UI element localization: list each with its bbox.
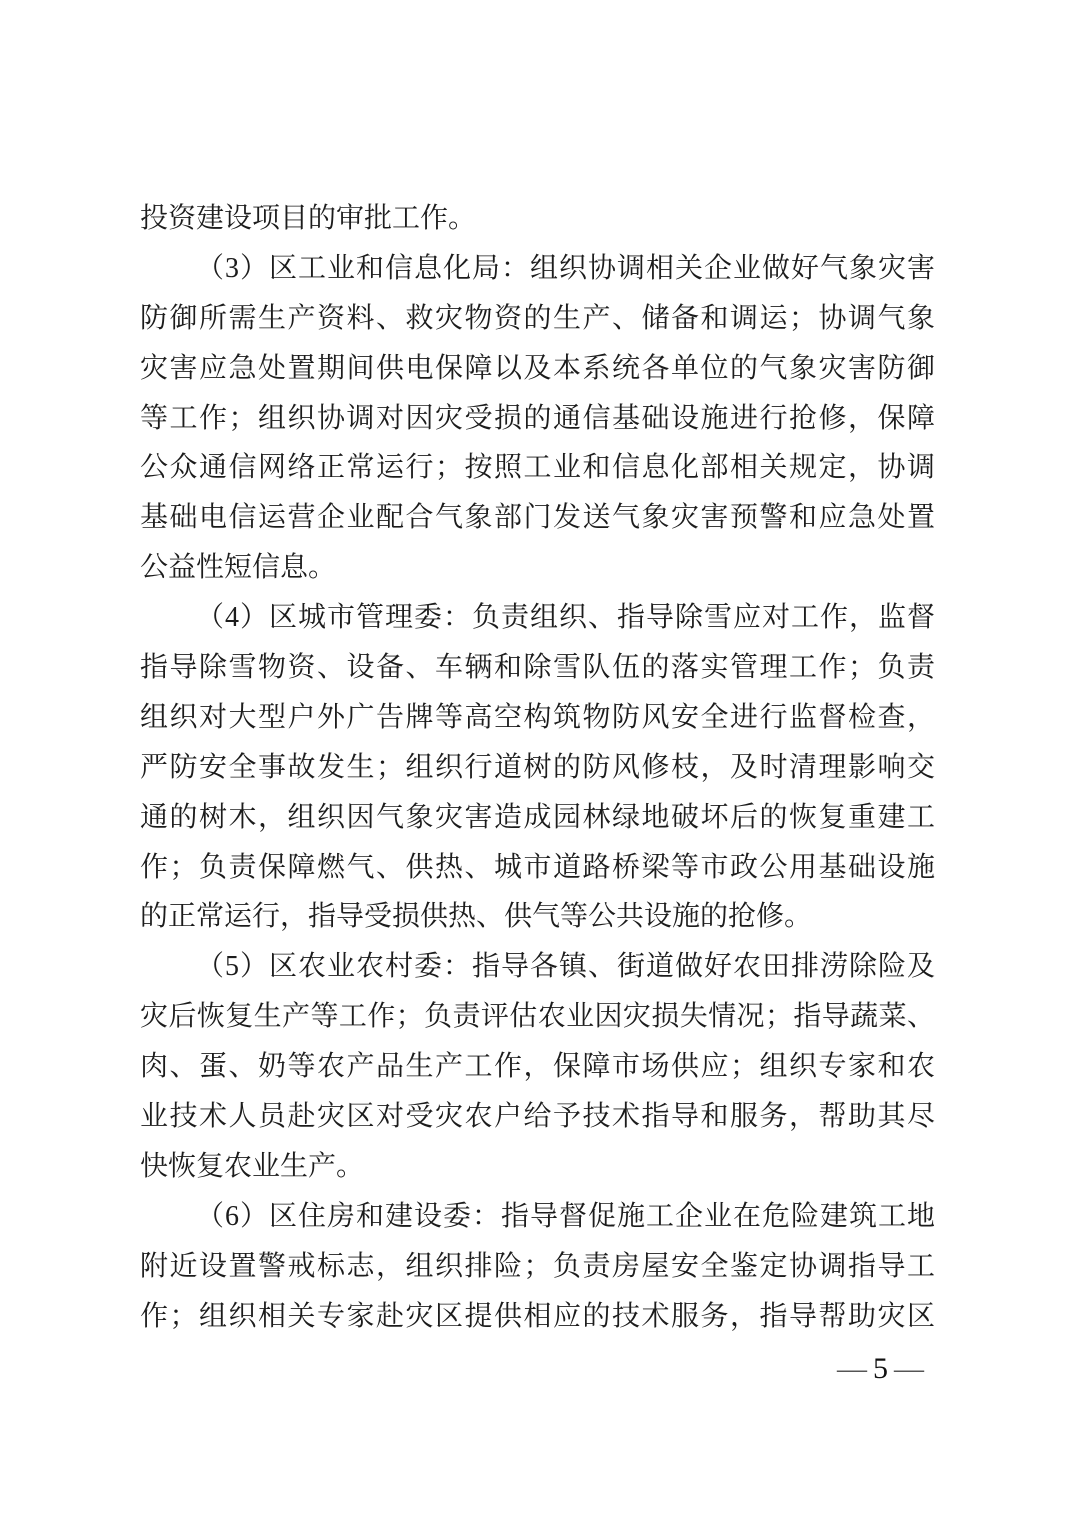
page-number-right-dash: — (888, 1352, 930, 1385)
text-line: 业技术人员赴灾区对受灾农户给予技术指导和服务，帮助其尽 (140, 1092, 935, 1142)
text-line: 防御所需生产资料、救灾物资的生产、储备和调运；协调气象 (140, 294, 935, 344)
text-line: 灾后恢复生产等工作；负责评估农业因灾损失情况；指导蔬菜、 (140, 992, 935, 1042)
page-number-left-dash: — (831, 1352, 873, 1385)
page-number: —5— (831, 1352, 930, 1386)
text-line: 等工作；组织协调对因灾受损的通信基础设施进行抢修，保障 (140, 394, 935, 444)
text-line: 作；组织相关专家赴灾区提供相应的技术服务，指导帮助灾区 (140, 1292, 935, 1342)
text-line: 通的树木，组织因气象灾害造成园林绿地破坏后的恢复重建工 (140, 793, 935, 843)
text-line: 附近设置警戒标志，组织排险；负责房屋安全鉴定协调指导工 (140, 1242, 935, 1292)
text-line: 肉、蛋、奶等农产品生产工作，保障市场供应；组织专家和农 (140, 1042, 935, 1092)
text-line: （3）区工业和信息化局：组织协调相关企业做好气象灾害 (140, 244, 935, 294)
text-line: 基础电信运营企业配合气象部门发送气象灾害预警和应急处置 (140, 493, 935, 543)
text-line: （4）区城市管理委：负责组织、指导除雪应对工作，监督 (140, 593, 935, 643)
document-body: 投资建设项目的审批工作。 （3）区工业和信息化局：组织协调相关企业做好气象灾害 … (140, 194, 935, 1341)
text-line: 快恢复农业生产。 (140, 1142, 935, 1192)
page-number-value: 5 (873, 1352, 888, 1385)
text-line: 组织对大型户外广告牌等高空构筑物防风安全进行监督检查， (140, 693, 935, 743)
text-line: 作；负责保障燃气、供热、城市道路桥梁等市政公用基础设施 (140, 843, 935, 893)
text-line: 严防安全事故发生；组织行道树的防风修枝，及时清理影响交 (140, 743, 935, 793)
text-line: 灾害应急处置期间供电保障以及本系统各单位的气象灾害防御 (140, 344, 935, 394)
text-line: 公益性短信息。 (140, 543, 935, 593)
text-line: （6）区住房和建设委：指导督促施工企业在危险建筑工地 (140, 1192, 935, 1242)
text-line: （5）区农业农村委：指导各镇、街道做好农田排涝除险及 (140, 942, 935, 992)
text-line: 指导除雪物资、设备、车辆和除雪队伍的落实管理工作；负责 (140, 643, 935, 693)
document-page: 投资建设项目的审批工作。 （3）区工业和信息化局：组织协调相关企业做好气象灾害 … (0, 0, 1074, 1520)
text-line: 公众通信网络正常运行；按照工业和信息化部相关规定，协调 (140, 443, 935, 493)
text-line: 的正常运行，指导受损供热、供气等公共设施的抢修。 (140, 892, 935, 942)
text-line: 投资建设项目的审批工作。 (140, 194, 935, 244)
